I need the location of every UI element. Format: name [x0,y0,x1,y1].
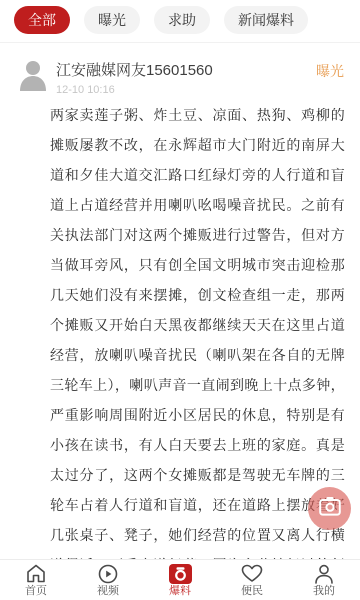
nav-item-home[interactable]: 首页 [0,560,72,600]
tab-all[interactable]: 全部 [14,6,70,34]
profile-icon [314,564,334,584]
post-timestamp: 12-10 10:16 [56,84,316,96]
bottom-nav-bar: 首页 视频 爆料 便民 [0,559,360,600]
camera-icon [319,496,341,521]
avatar[interactable] [18,59,48,91]
nav-label-home: 首页 [25,586,47,597]
post-body-text[interactable]: 两家卖莲子粥、炸土豆、凉面、热狗、鸡柳的摊贩屡教不改，在永辉超市大门附近的南屏大… [50,100,345,562]
nav-label-video: 视频 [97,586,119,597]
video-icon [98,564,118,584]
nav-label-services: 便民 [241,586,263,597]
nav-label-profile: 我的 [313,586,335,597]
author-column: 江安融媒网友15601560 12-10 10:16 [56,59,316,96]
post-header: 江安融媒网友15601560 12-10 10:16 曝光 [0,43,360,96]
category-tab-bar: 全部 曝光 求助 新闻爆料 [0,0,360,43]
nav-item-services[interactable]: 便民 [216,560,288,600]
nav-item-report[interactable]: 爆料 [144,560,216,600]
nav-label-report: 爆料 [169,586,191,597]
camera-icon [169,564,192,584]
author-name: 江安融媒网友15601560 [56,59,316,80]
nav-item-video[interactable]: 视频 [72,560,144,600]
heart-icon [241,564,263,584]
report-fab-button[interactable] [308,487,351,530]
tab-help[interactable]: 求助 [154,6,210,34]
tab-news-report[interactable]: 新闻爆料 [224,6,308,34]
home-icon [26,564,46,584]
post-category-badge: 曝光 [316,61,344,81]
tab-expose[interactable]: 曝光 [84,6,140,34]
nav-item-profile[interactable]: 我的 [288,560,360,600]
